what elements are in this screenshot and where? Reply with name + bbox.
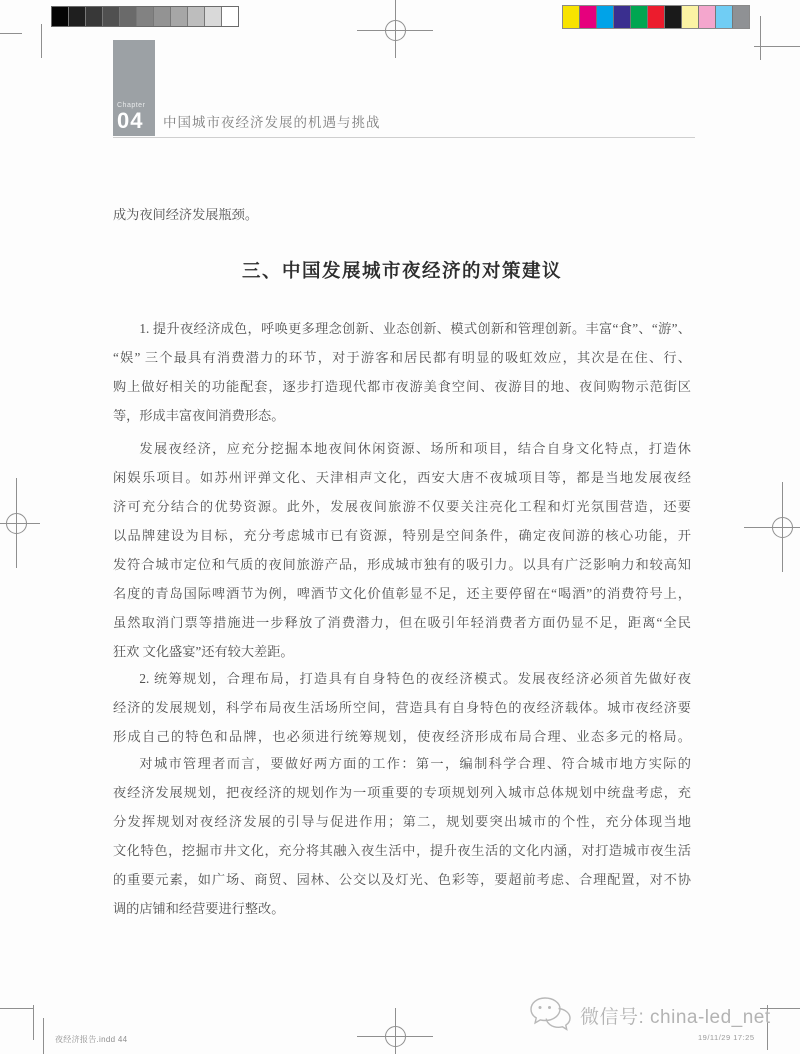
calibration-swatch <box>188 7 205 26</box>
calibration-swatch <box>120 7 137 26</box>
calibration-swatch <box>580 6 597 28</box>
text-line: 购上做好相关的功能配套，逐步打造现代都市夜游美食空间、夜游目的地、夜间购物示范街… <box>113 372 691 401</box>
text-line: 形成自己的特色和品牌，也必须进行统筹规划，使夜经济形成布局合理、业态多元的格局。 <box>113 722 691 751</box>
footer-file-label: 夜经济报告.indd 44 <box>55 1034 127 1045</box>
calibration-swatch <box>154 7 171 26</box>
calibration-swatch <box>648 6 665 28</box>
calibration-swatch <box>682 6 699 28</box>
body-paragraph-4: 对城市管理者而言，要做好两方面的工作：第一，编制科学合理、符合城市地方实际的 夜… <box>113 749 691 923</box>
calibration-swatch <box>86 7 103 26</box>
text-line: 名度的青岛国际啤酒节为例，啤酒节文化价值彰显不足，还主要停留在“喝酒”的消费符号… <box>113 579 691 608</box>
chapter-tab: Chapter 04 <box>113 40 155 136</box>
text-line: 发展夜经济，应充分挖掘本地夜间休闲资源、场所和项目，结合自身文化特点，打造休 <box>113 434 691 463</box>
text-line: 狂欢 文化盛宴”还有较大差距。 <box>113 637 691 666</box>
calibration-swatch <box>716 6 733 28</box>
text-line: “娱” 三个最具有消费潜力的环节，对于游客和居民都有明显的吸虹效应，其次是在住、… <box>113 343 691 372</box>
header-rule <box>113 137 695 138</box>
calibration-swatch <box>665 6 682 28</box>
body-paragraph-2: 发展夜经济，应充分挖掘本地夜间休闲资源、场所和项目，结合自身文化特点，打造休 闲… <box>113 434 691 666</box>
calibration-swatch <box>614 6 631 28</box>
text-line: 发符合城市定位和气质的夜间旅游产品，形成城市独有的吸引力。以具有广泛影响力和较高… <box>113 550 691 579</box>
scanned-book-page: Chapter 04 中国城市夜经济发展的机遇与挑战 成为夜间经济发展瓶颈。 三… <box>0 0 800 1054</box>
watermark-text: 微信号: china-led_net <box>580 1002 771 1029</box>
wechat-icon <box>528 995 574 1036</box>
text-line: 对城市管理者而言，要做好两方面的工作：第一，编制科学合理、符合城市地方实际的 <box>113 749 691 778</box>
calibration-swatch <box>631 6 648 28</box>
calibration-swatch <box>733 6 749 28</box>
text-line: 2. 统筹规划，合理布局，打造具有自身特色的夜经济模式。发展夜经济必须首先做好夜 <box>113 664 691 693</box>
calibration-swatch <box>699 6 716 28</box>
text-line: 的重要元素，如广场、商贸、园林、公交以及灯光、色彩等，要超前考虑、合理配置，对不… <box>113 865 691 894</box>
text-line: 分发挥规划对夜经济发展的引导与促进作用；第二，规划要突出城市的个性，充分体现当地 <box>113 807 691 836</box>
chapter-title: 中国城市夜经济发展的机遇与挑战 <box>163 111 381 131</box>
section-heading: 三、中国发展城市夜经济的对策建议 <box>113 256 691 286</box>
text-line: 闲娱乐项目。如苏州评弹文化、天津相声文化，西安大唐不夜城项目等，都是当地发展夜经 <box>113 463 691 492</box>
watermark: 微信号: china-led_net <box>528 995 771 1036</box>
calibration-swatch <box>563 6 580 28</box>
text-line: 以品牌建设为目标，充分考虑城市已有资源，特别是空间条件，确定夜间游的核心功能，开 <box>113 521 691 550</box>
calibration-swatch <box>205 7 222 26</box>
calibration-swatch <box>222 7 238 26</box>
text-line: 等，形成丰富夜间消费形态。 <box>113 401 691 430</box>
text-line: 济可充分结合的优势资源。此外，发展夜间旅游不仅要关注亮化工程和灯光氛围营造，还要 <box>113 492 691 521</box>
grayscale-calibration-bar <box>51 6 239 27</box>
color-calibration-bar <box>562 5 750 29</box>
chapter-number: 04 <box>117 110 155 132</box>
body-paragraph-1: 1. 提升夜经济成色，呼唤更多理念创新、业态创新、模式创新和管理创新。丰富“食”… <box>113 314 691 430</box>
text-line: 经济的发展规划，科学布局夜生活场所空间，营造具有自身特色的夜经济载体。城市夜经济… <box>113 693 691 722</box>
calibration-swatch <box>52 7 69 26</box>
text-line: 虽然取消门票等措施进一步释放了消费潜力，但在吸引年轻消费者方面仍显不足，距离“全… <box>113 608 691 637</box>
calibration-swatch <box>137 7 154 26</box>
calibration-swatch <box>103 7 120 26</box>
intro-line: 成为夜间经济发展瓶颈。 <box>113 200 258 229</box>
body-paragraph-3: 2. 统筹规划，合理布局，打造具有自身特色的夜经济模式。发展夜经济必须首先做好夜… <box>113 664 691 751</box>
text-line: 夜经济发展规划，把夜经济的规划作为一项重要的专项规划列入城市总体规划中统盘考虑，… <box>113 778 691 807</box>
calibration-swatch <box>597 6 614 28</box>
text-line: 1. 提升夜经济成色，呼唤更多理念创新、业态创新、模式创新和管理创新。丰富“食”… <box>113 314 691 343</box>
calibration-swatch <box>69 7 86 26</box>
calibration-swatch <box>171 7 188 26</box>
text-line: 文化特色，挖掘市井文化，充分将其融入夜生活中，提升夜生活的文化内涵，对打造城市夜… <box>113 836 691 865</box>
text-line: 调的店铺和经营要进行整改。 <box>113 894 691 923</box>
